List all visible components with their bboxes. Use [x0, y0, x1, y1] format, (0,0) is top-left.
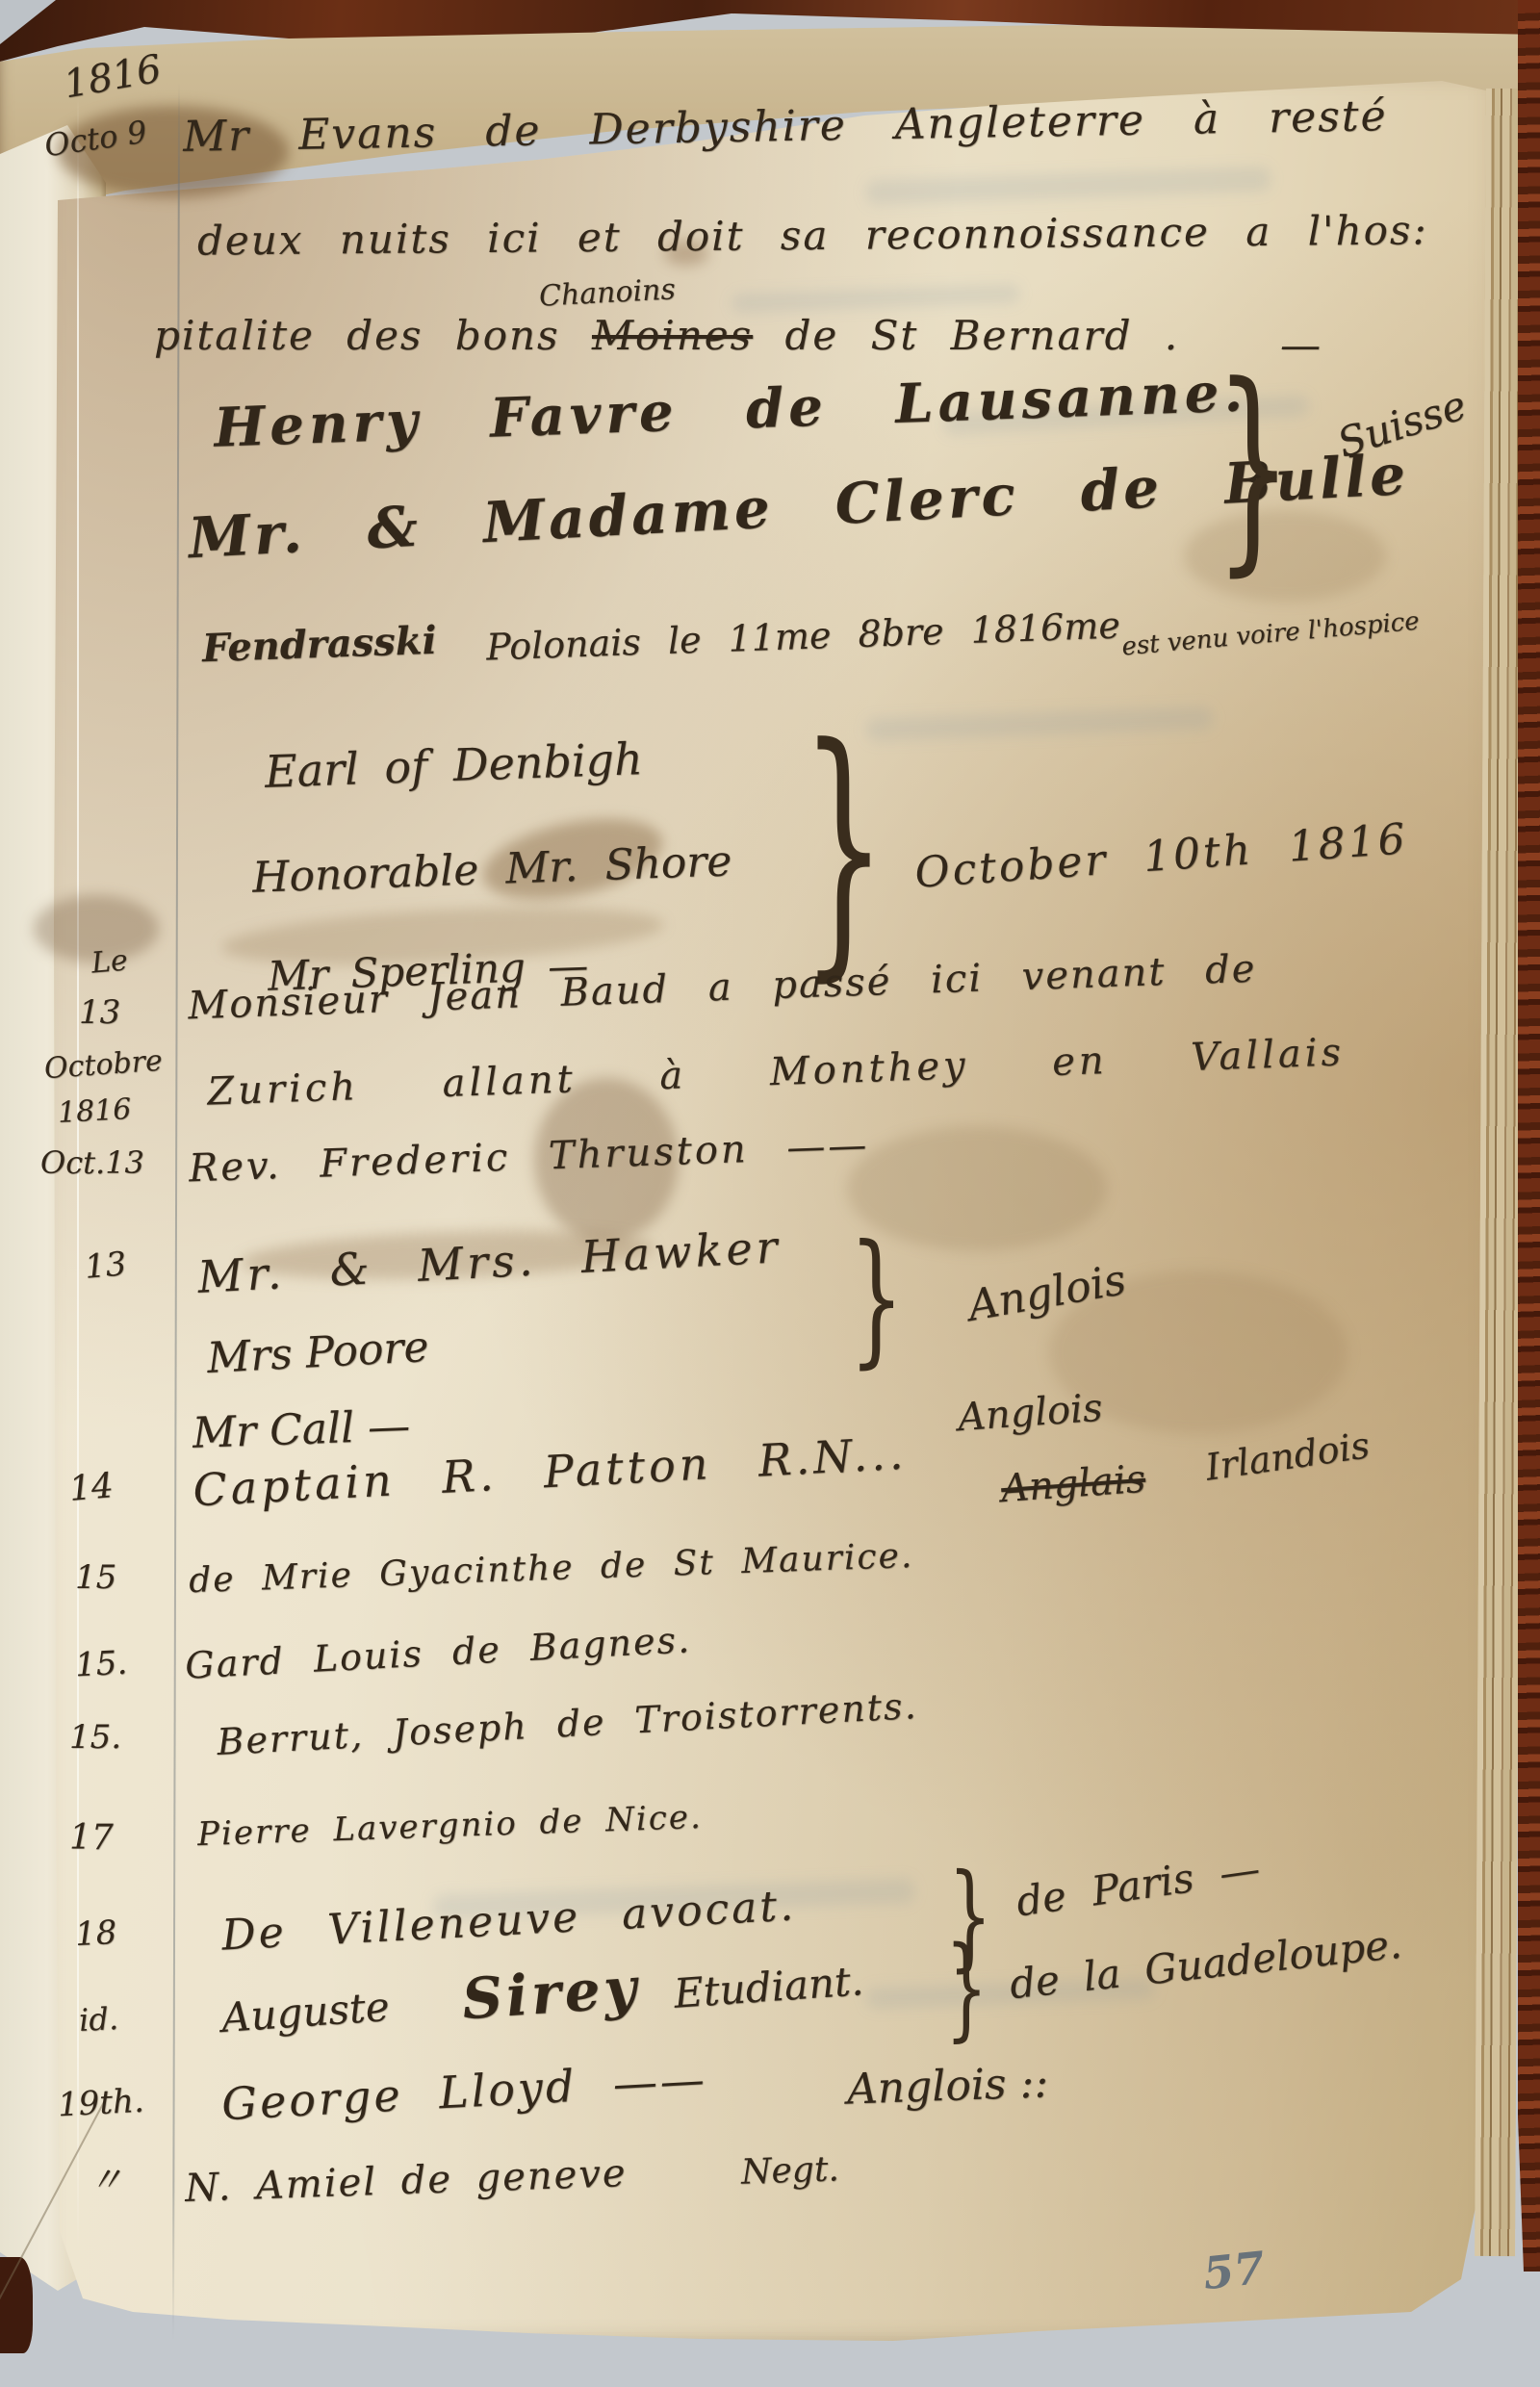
- entry-sirey-firstname: Auguste: [220, 1987, 391, 2039]
- book-cover-bottom-left: [0, 2257, 33, 2353]
- entry-evans-struck-word: Moines: [592, 312, 753, 359]
- register-page-scan: 1816 Octo 9 Mr Evans de Derbyshire Angle…: [0, 0, 1540, 2387]
- entry-baud-margin-13: 13: [79, 996, 120, 1029]
- entry-sirey-brace: }: [945, 1938, 988, 2039]
- entry-berrut-margin: 15.: [69, 1721, 121, 1754]
- entry-gard-margin: 15.: [74, 1647, 128, 1682]
- entry-hawker-margin: 13: [84, 1247, 128, 1284]
- entry-poore-name: Mrs Poore: [206, 1326, 430, 1380]
- entry-amiel-margin: 〃: [89, 2164, 123, 2198]
- entry-polonais-name: Fendrasski: [201, 622, 437, 668]
- entry-amiel-label: Negt.: [740, 2152, 839, 2191]
- page-number: 57: [1201, 2246, 1267, 2296]
- entry-evans-line3-end: de St Bernard .: [785, 312, 1180, 359]
- book-cover-right-edge: [1518, 0, 1540, 2271]
- entry-call-label: Anglois: [957, 1389, 1104, 1437]
- entry-hawker-brace: }: [849, 1234, 904, 1364]
- entry-denbigh-brace: }: [801, 727, 886, 969]
- entry-sirey-margin: id.: [78, 2003, 119, 2036]
- entry-baud-margin-le: Le: [90, 946, 129, 978]
- entry-evans-inserted-word: Chanoins: [538, 275, 676, 311]
- entry-lloyd-margin: 19th.: [57, 2085, 144, 2122]
- entry-favre-clerc-brace: }: [1215, 368, 1292, 567]
- entry-sirey-surname: Sirey: [460, 1960, 642, 2028]
- entry-baud-margin-octobre: Octobre: [43, 1047, 164, 1084]
- entry-lloyd-label: Anglois ::: [846, 2062, 1049, 2111]
- entry-villeneuve-margin: 18: [74, 1916, 117, 1951]
- entry-call-name: Mr Call —: [192, 1405, 411, 1455]
- entry-patton-struck-word: Anglais: [1000, 1460, 1147, 1508]
- entry-thruston-margin: Oct.13: [40, 1147, 144, 1178]
- entry-patton-margin: 14: [68, 1469, 115, 1507]
- entry-lavergnio-margin: 17: [69, 1821, 114, 1856]
- entry-gyacinthe-margin: 15: [75, 1561, 116, 1594]
- entry-evans-line2: deux nuits ici et doit sa reconnoissance…: [197, 210, 1428, 261]
- entry-evans-line3-start: pitalite des bons: [154, 312, 560, 359]
- entry-baud-margin-1816: 1816: [57, 1095, 132, 1128]
- entry-denbigh-name: Earl of Denbigh: [264, 736, 643, 794]
